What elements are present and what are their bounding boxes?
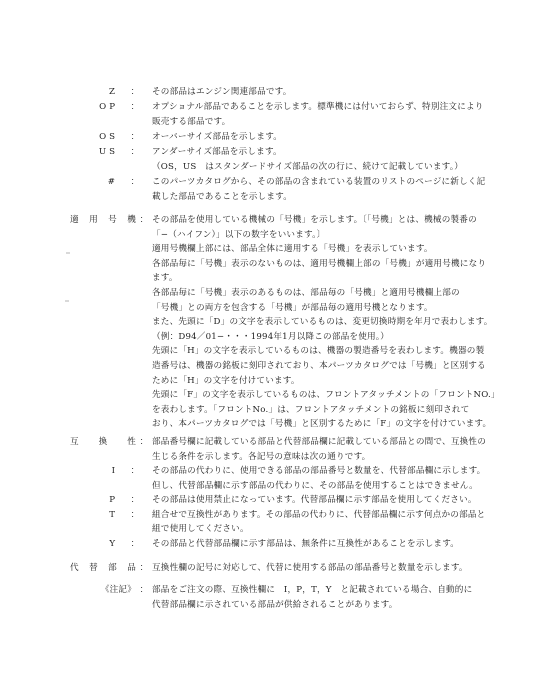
section-label: 互換性 — [70, 435, 136, 450]
legend-item-separator: ： — [118, 100, 152, 115]
legend-item-code: # — [0, 175, 118, 190]
subitem-row: P：その部品は使用禁止になっています。代替部品欄に示す部品を使用してください。 — [0, 493, 541, 508]
section-label: 《注記》 — [70, 583, 136, 598]
section-text: その部品を使用している機械の「号機」を示します。〔「号機」とは、機械の製番の「−… — [152, 213, 541, 432]
subitem-row: Y：その部品と代替部品欄に示す部品は、無条件に互換性があることを示します。 — [0, 537, 541, 552]
subitem-code: P — [0, 493, 118, 508]
legend-item-row: US：アンダーサイズ部品を示します。（OS，US はスタンダードサイズ部品の次の… — [0, 145, 541, 175]
section-line: 部品をご注文の際、互換性欄に I，P，T，Y と記載されている場合、自動的に — [152, 583, 541, 598]
section-separator: ： — [136, 435, 152, 450]
section-line: また、先頭に「D」の文字を表示しているものは、変更切換時期を年月で表わします。 — [152, 315, 541, 330]
subitem-code: T — [0, 508, 118, 523]
sections: 適用号機：その部品を使用している機械の「号機」を示します。〔「号機」とは、機械の… — [0, 213, 541, 612]
legend-item-row: OP：オプショナル部品であることを示します。標準機には付いておらず、特別注文によ… — [0, 100, 541, 130]
section-line: 各部品毎に「号機」表示のあるものは、部品毎の「号機」と適用号機欄上部の — [152, 286, 541, 301]
section-header-row: 互換性：部品番号欄に記載している部品と代替部品欄に記載している部品との間で、互換… — [0, 435, 541, 464]
section-line: 部品番号欄に記載している部品と代替部品欄に記載している部品との間で、互換性の — [152, 435, 541, 450]
subitem-code: Y — [0, 537, 118, 552]
legend-item-text: このパーツカタログから、その部品の含まれている装置のリストのページに新しく記載し… — [152, 175, 541, 205]
legend-item-text: オーバーサイズ部品を示します。 — [152, 130, 541, 145]
section-line: おり、本パーツカタログでは「号機」と区別するために「F」の文字を付けています。 — [152, 417, 541, 432]
section-line: 「−（ハイフン）」以下の数字をいいます。〕 — [152, 228, 541, 243]
subitem-line: 但し、代替部品欄に示す部品の代わりに、その部品を使用することはできません。 — [152, 479, 541, 494]
scan-speck — [65, 300, 69, 302]
section-label: 適用号機 — [70, 213, 136, 228]
section-text: 部品をご注文の際、互換性欄に I，P，T，Y と記載されている場合、自動的に代替… — [152, 583, 541, 612]
section-line: 代替部品欄に示されている部品が供給されることがあります。 — [152, 598, 541, 613]
section-0: 適用号機：その部品を使用している機械の「号機」を示します。〔「号機」とは、機械の… — [0, 213, 541, 432]
legend-item-separator: ： — [118, 145, 152, 160]
section-line: 先頭に「H」の文字を表示しているものは、機器の製造番号を表わします。機器の製 — [152, 344, 541, 359]
section-line: その部品を使用している機械の「号機」を示します。〔「号機」とは、機械の製番の — [152, 213, 541, 228]
scan-speck — [66, 252, 70, 254]
section-separator: ： — [136, 583, 152, 598]
legend-item-code: Z — [0, 85, 118, 100]
section-header-row: 適用号機：その部品を使用している機械の「号機」を示します。〔「号機」とは、機械の… — [0, 213, 541, 432]
legend-item-separator: ： — [118, 85, 152, 100]
subitem-line: その部品は使用禁止になっています。代替部品欄に示す部品を使用してください。 — [152, 493, 541, 508]
legend-item-line: このパーツカタログから、その部品の含まれている装置のリストのページに新しく記 — [152, 175, 541, 190]
legend-item-line: アンダーサイズ部品を示します。 — [152, 145, 541, 160]
section-separator: ： — [136, 561, 152, 576]
section-line: 造番号は、機器の銘板に刻印されており、本パーツカタログでは「号機」と区別する — [152, 359, 541, 374]
subitem-line: その部品の代わりに、使用できる部品の部品番号と数量を、代替部品欄に示します。 — [152, 464, 541, 479]
section-line: 生じる条件を示します。各記号の意味は次の通りです。 — [152, 450, 541, 465]
section-2: 代替部品：互換性欄の記号に対応して、代替に使用する部品の部品番号と数量を示します… — [0, 561, 541, 576]
legend-item-code: OS — [0, 130, 118, 145]
section-line: 適用号機欄上部には、部品全体に適用する「号機」を表示しています。 — [152, 242, 541, 257]
subitem-text: その部品と代替部品欄に示す部品は、無条件に互換性があることを示します。 — [152, 537, 541, 552]
section-line: 「号機」との両方を包含する「号機」が部品毎の適用号機となります。 — [152, 301, 541, 316]
subitem-line: 組で使用してください。 — [152, 522, 541, 537]
legend-item-line: 販売する部品です。 — [152, 115, 541, 130]
subitem-text: その部品は使用禁止になっています。代替部品欄に示す部品を使用してください。 — [152, 493, 541, 508]
legend-item-row: Z：その部品はエンジン関連部品です。 — [0, 85, 541, 100]
legend-item-row: #：このパーツカタログから、その部品の含まれている装置のリストのページに新しく記… — [0, 175, 541, 205]
subitem-text: 組合せで互換性があります。その部品の代わりに、代替部品欄に示す何点かの部品と組で… — [152, 508, 541, 537]
subitem-line: その部品と代替部品欄に示す部品は、無条件に互換性があることを示します。 — [152, 537, 541, 552]
subitem-separator: ： — [118, 493, 152, 508]
section-header-row: 代替部品：互換性欄の記号に対応して、代替に使用する部品の部品番号と数量を示します… — [0, 561, 541, 576]
section-label: 代替部品 — [70, 561, 136, 576]
legend-item-line: 載した部品であることを示します。 — [152, 190, 541, 205]
legend-item-code: OP — [0, 100, 118, 115]
section-text: 部品番号欄に記載している部品と代替部品欄に記載している部品との間で、互換性の生じ… — [152, 435, 541, 464]
subitem-row: I：その部品の代わりに、使用できる部品の部品番号と数量を、代替部品欄に示します。… — [0, 464, 541, 493]
legend-item-text: その部品はエンジン関連部品です。 — [152, 85, 541, 100]
legend-item-text: アンダーサイズ部品を示します。（OS，US はスタンダードサイズ部品の次の行に、… — [152, 145, 541, 175]
section-line: を表わします。「フロントNo.」は、フロントアタッチメントの銘板に刻印されて — [152, 403, 541, 418]
legend-item-line: オプショナル部品であることを示します。標準機には付いておらず、特別注文により — [152, 100, 541, 115]
section-text: 互換性欄の記号に対応して、代替に使用する部品の部品番号と数量を示します。 — [152, 561, 541, 576]
parts-catalog-notation-page: Z：その部品はエンジン関連部品です。OP：オプショナル部品であることを示します。… — [0, 0, 541, 700]
legend-item-text: オプショナル部品であることを示します。標準機には付いておらず、特別注文により販売… — [152, 100, 541, 130]
legend-item-separator: ： — [118, 175, 152, 190]
subitem-row: T：組合せで互換性があります。その部品の代わりに、代替部品欄に示す何点かの部品と… — [0, 508, 541, 537]
section-3: 《注記》：部品をご注文の際、互換性欄に I，P，T，Y と記載されている場合、自… — [0, 583, 541, 612]
section-line: 先頭に「F」の文字を表示しているものは、フロントアタッチメントの「フロントNO.… — [152, 388, 541, 403]
subitem-line: 組合せで互換性があります。その部品の代わりに、代替部品欄に示す何点かの部品と — [152, 508, 541, 523]
legend-item-line: （OS，US はスタンダードサイズ部品の次の行に、続けて記載しています。） — [152, 160, 541, 175]
subitem-code: I — [0, 464, 118, 479]
legend-item-line: オーバーサイズ部品を示します。 — [152, 130, 541, 145]
section-separator: ： — [136, 213, 152, 228]
section-line: 各部品毎に「号機」表示のないものは、適用号機欄上部の「号機」が適用号機になり — [152, 257, 541, 272]
legend-item-separator: ： — [118, 130, 152, 145]
subitem-text: その部品の代わりに、使用できる部品の部品番号と数量を、代替部品欄に示します。但し… — [152, 464, 541, 493]
section-line: （例：D94／01−・・・1994年1月以降この部品を使用。） — [152, 330, 541, 345]
legend-list: Z：その部品はエンジン関連部品です。OP：オプショナル部品であることを示します。… — [0, 0, 541, 205]
subitem-separator: ： — [118, 464, 152, 479]
section-line: ために「H」の文字を付けています。 — [152, 374, 541, 389]
section-line: ます。 — [152, 271, 541, 286]
section-line: 互換性欄の記号に対応して、代替に使用する部品の部品番号と数量を示します。 — [152, 561, 541, 576]
section-header-row: 《注記》：部品をご注文の際、互換性欄に I，P，T，Y と記載されている場合、自… — [0, 583, 541, 612]
subitem-separator: ： — [118, 537, 152, 552]
section-1: 互換性：部品番号欄に記載している部品と代替部品欄に記載している部品との間で、互換… — [0, 435, 541, 552]
subitem-separator: ： — [118, 508, 152, 523]
legend-item-row: OS：オーバーサイズ部品を示します。 — [0, 130, 541, 145]
legend-item-code: US — [0, 145, 118, 160]
legend-item-line: その部品はエンジン関連部品です。 — [152, 85, 541, 100]
